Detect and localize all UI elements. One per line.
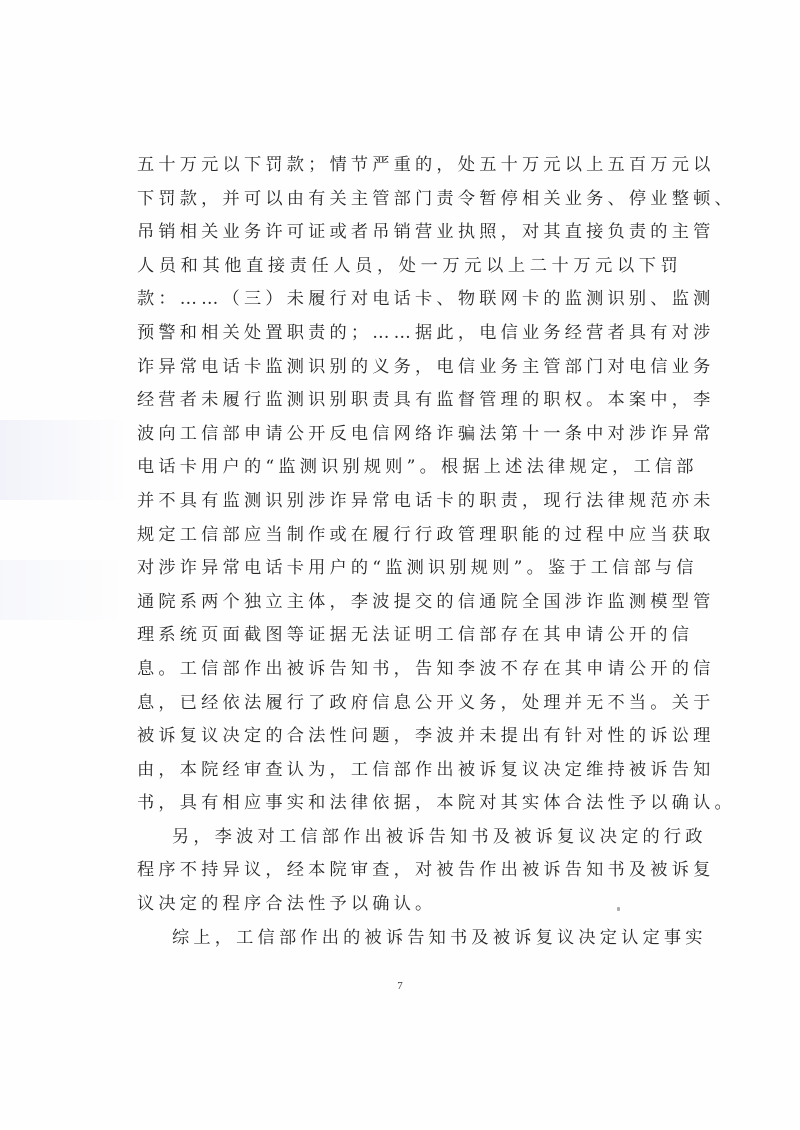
page-number: 7 — [0, 980, 800, 992]
text-line: 下罚款，并可以由有关主管部门责令暂停相关业务、停业整顿、 — [137, 183, 682, 217]
text-line: 预警和相关处置职责的；……据此，电信业务经营者具有对涉 — [137, 317, 682, 351]
text-line: 吊销相关业务许可证或者吊销营业执照，对其直接负责的主管 — [137, 216, 682, 250]
scan-artifact — [0, 560, 130, 620]
text-line: 电话卡用户的“监测识别规则”。根据上述法律规定，工信部 — [137, 451, 682, 485]
text-line: 经营者未履行监测识别职责具有监督管理的职权。本案中，李 — [137, 384, 682, 418]
text-line: 款：……（三）未履行对电话卡、物联网卡的监测识别、监测 — [137, 283, 682, 317]
text-line: 并不具有监测识别涉诈异常电话卡的职责，现行法律规范亦未 — [137, 485, 682, 519]
text-line: 诈异常电话卡监测识别的义务，电信业务主管部门对电信业务 — [137, 351, 682, 385]
paragraph-start-line: 综上，工信部作出的被诉告知书及被诉复议决定认定事实 — [137, 922, 682, 956]
text-line: 通院系两个独立主体，李波提交的信通院全国涉诈监测模型管 — [137, 586, 682, 620]
paragraph-end-line: 书，具有相应事实和法律依据，本院对其实体合法性予以确认。 — [137, 787, 682, 821]
text-line: 息。工信部作出被诉告知书，告知李波不存在其申请公开的信 — [137, 653, 682, 687]
text-line: 程序不持异议，经本院审查，对被告作出被诉告知书及被诉复 — [137, 854, 682, 888]
text-line: 人员和其他直接责任人员，处一万元以上二十万元以下罚 — [137, 250, 682, 284]
scan-artifact — [0, 420, 130, 500]
text-line: 由，本院经审查认为，工信部作出被诉复议决定维持被诉告知 — [137, 754, 682, 788]
paragraph-end-line: 议决定的程序合法性予以确认。 — [137, 888, 682, 922]
text-line: 息，已经依法履行了政府信息公开义务，处理并无不当。关于 — [137, 687, 682, 721]
text-line: 五十万元以下罚款；情节严重的，处五十万元以上五百万元以 — [137, 149, 682, 183]
text-line: 规定工信部应当制作或在履行行政管理职能的过程中应当获取 — [137, 519, 682, 553]
text-line: 对涉诈异常电话卡用户的“监测识别规则”。鉴于工信部与信 — [137, 552, 682, 586]
text-line: 被诉复议决定的合法性问题，李波并未提出有针对性的诉讼理 — [137, 720, 682, 754]
scan-speck — [617, 907, 620, 911]
document-body: 五十万元以下罚款；情节严重的，处五十万元以上五百万元以 下罚款，并可以由有关主管… — [137, 149, 682, 955]
text-line: 理系统页面截图等证据无法证明工信部存在其申请公开的信 — [137, 619, 682, 653]
paragraph-start-line: 另，李波对工信部作出被诉告知书及被诉复议决定的行政 — [137, 821, 682, 855]
text-line: 波向工信部申请公开反电信网络诈骗法第十一条中对涉诈异常 — [137, 418, 682, 452]
document-page: 五十万元以下罚款；情节严重的，处五十万元以上五百万元以 下罚款，并可以由有关主管… — [0, 0, 800, 1130]
